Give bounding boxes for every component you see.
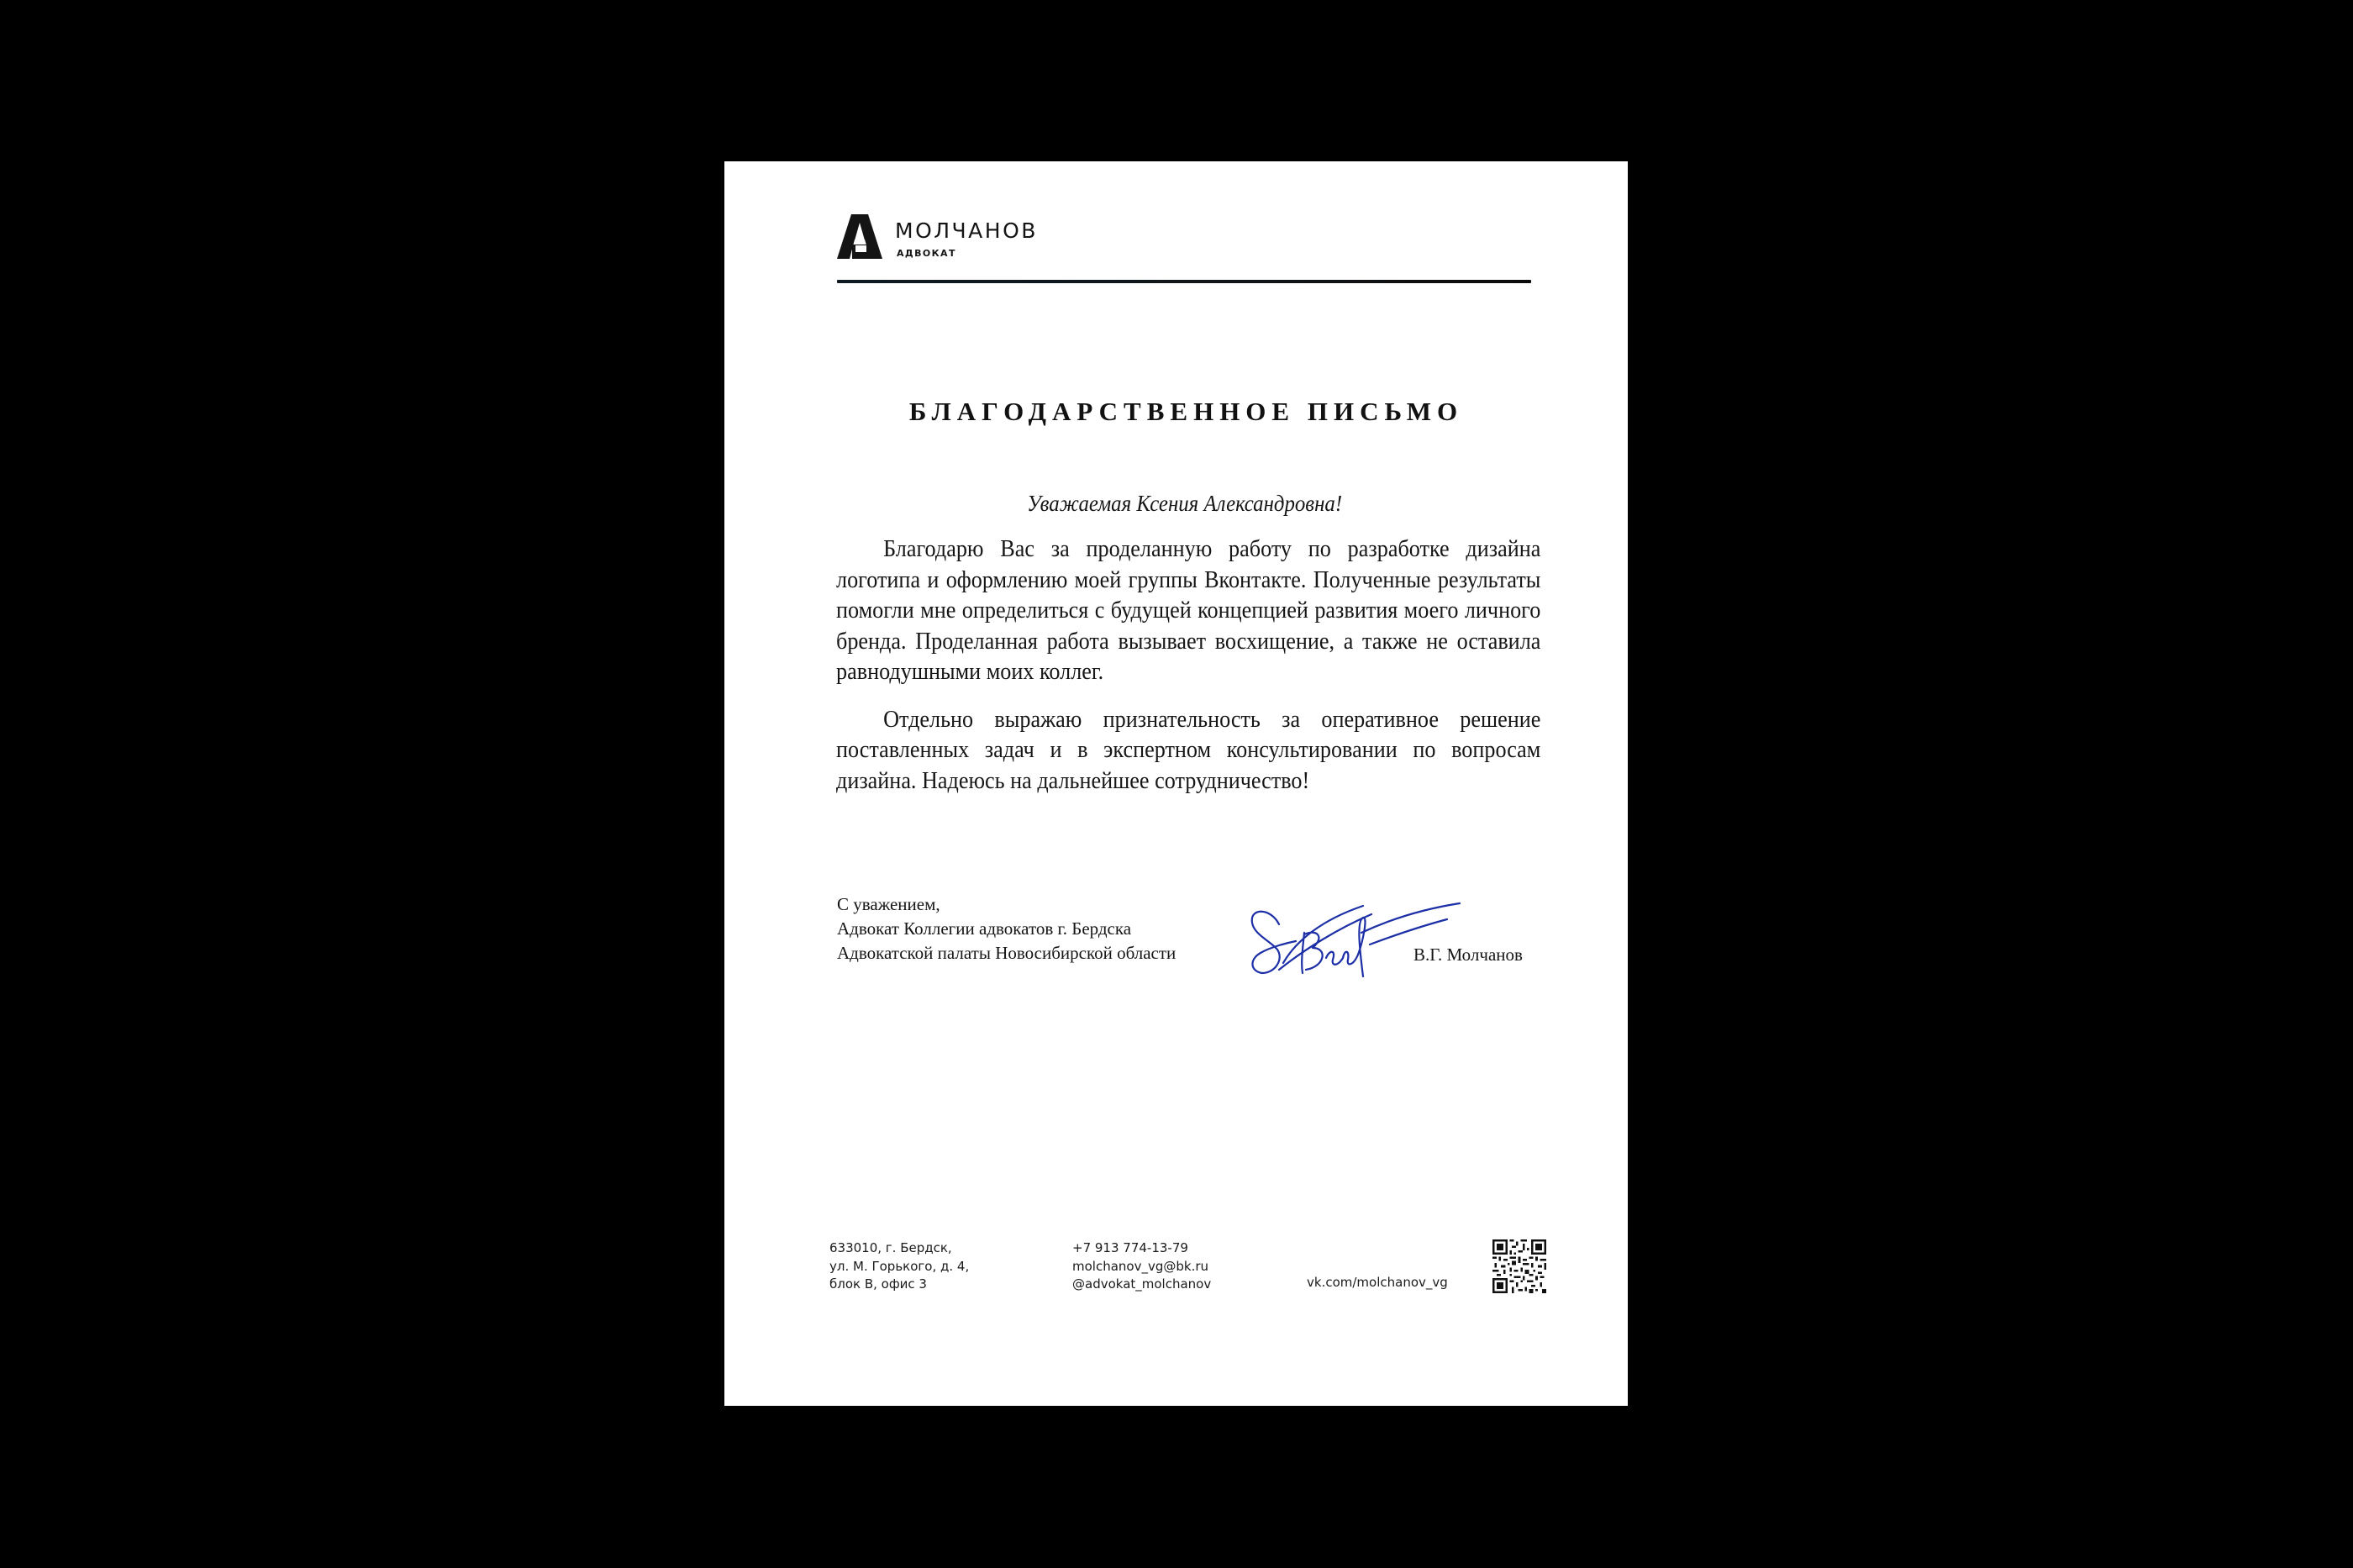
body-paragraph: Отдельно выражаю признательность за опер… bbox=[836, 705, 1540, 797]
footer-contacts: +7 913 774-13-79 molchanov_vg@bk.ru @adv… bbox=[1072, 1239, 1211, 1294]
body-paragraph: Благодарю Вас за проделанную работу по р… bbox=[836, 534, 1540, 688]
letter-page: МОЛЧАНОВ АДВОКАТ БЛАГОДАРСТВЕННОЕ ПИСЬМО… bbox=[724, 161, 1628, 1406]
closing-line: Адвокатской палаты Новосибирской области bbox=[837, 941, 1176, 966]
qr-code-icon bbox=[1492, 1239, 1546, 1293]
brand-subtitle: АДВОКАТ bbox=[897, 249, 956, 258]
social-handle: @advokat_molchanov bbox=[1072, 1276, 1211, 1294]
letter-a-logo-icon bbox=[837, 214, 882, 259]
address-line: блок В, офис 3 bbox=[829, 1276, 969, 1294]
vk-link: vk.com/molchanov_vg bbox=[1307, 1276, 1448, 1289]
closing-line: С уважением, bbox=[837, 892, 1176, 917]
handwritten-signature-icon bbox=[1245, 882, 1464, 983]
brand-name: МОЛЧАНОВ bbox=[895, 220, 1038, 241]
phone-number: +7 913 774-13-79 bbox=[1072, 1239, 1211, 1258]
salutation: Уважаемая Ксения Александровна! bbox=[761, 492, 1592, 515]
address-line: 633010, г. Бердск, bbox=[829, 1239, 969, 1258]
closing-line: Адвокат Коллегии адвокатов г. Бердска bbox=[837, 917, 1176, 941]
signer-name: В.Г. Молчанов bbox=[1413, 946, 1523, 964]
footer-address: 633010, г. Бердск, ул. М. Горького, д. 4… bbox=[829, 1239, 969, 1294]
closing-block: С уважением, Адвокат Коллегии адвокатов … bbox=[837, 892, 1176, 966]
email-address: molchanov_vg@bk.ru bbox=[1072, 1258, 1211, 1276]
letter-body: Благодарю Вас за проделанную работу по р… bbox=[836, 534, 1540, 813]
address-line: ул. М. Горького, д. 4, bbox=[829, 1258, 969, 1276]
document-title: БЛАГОДАРСТВЕННОЕ ПИСЬМО bbox=[724, 398, 1628, 424]
header-divider bbox=[837, 280, 1531, 283]
